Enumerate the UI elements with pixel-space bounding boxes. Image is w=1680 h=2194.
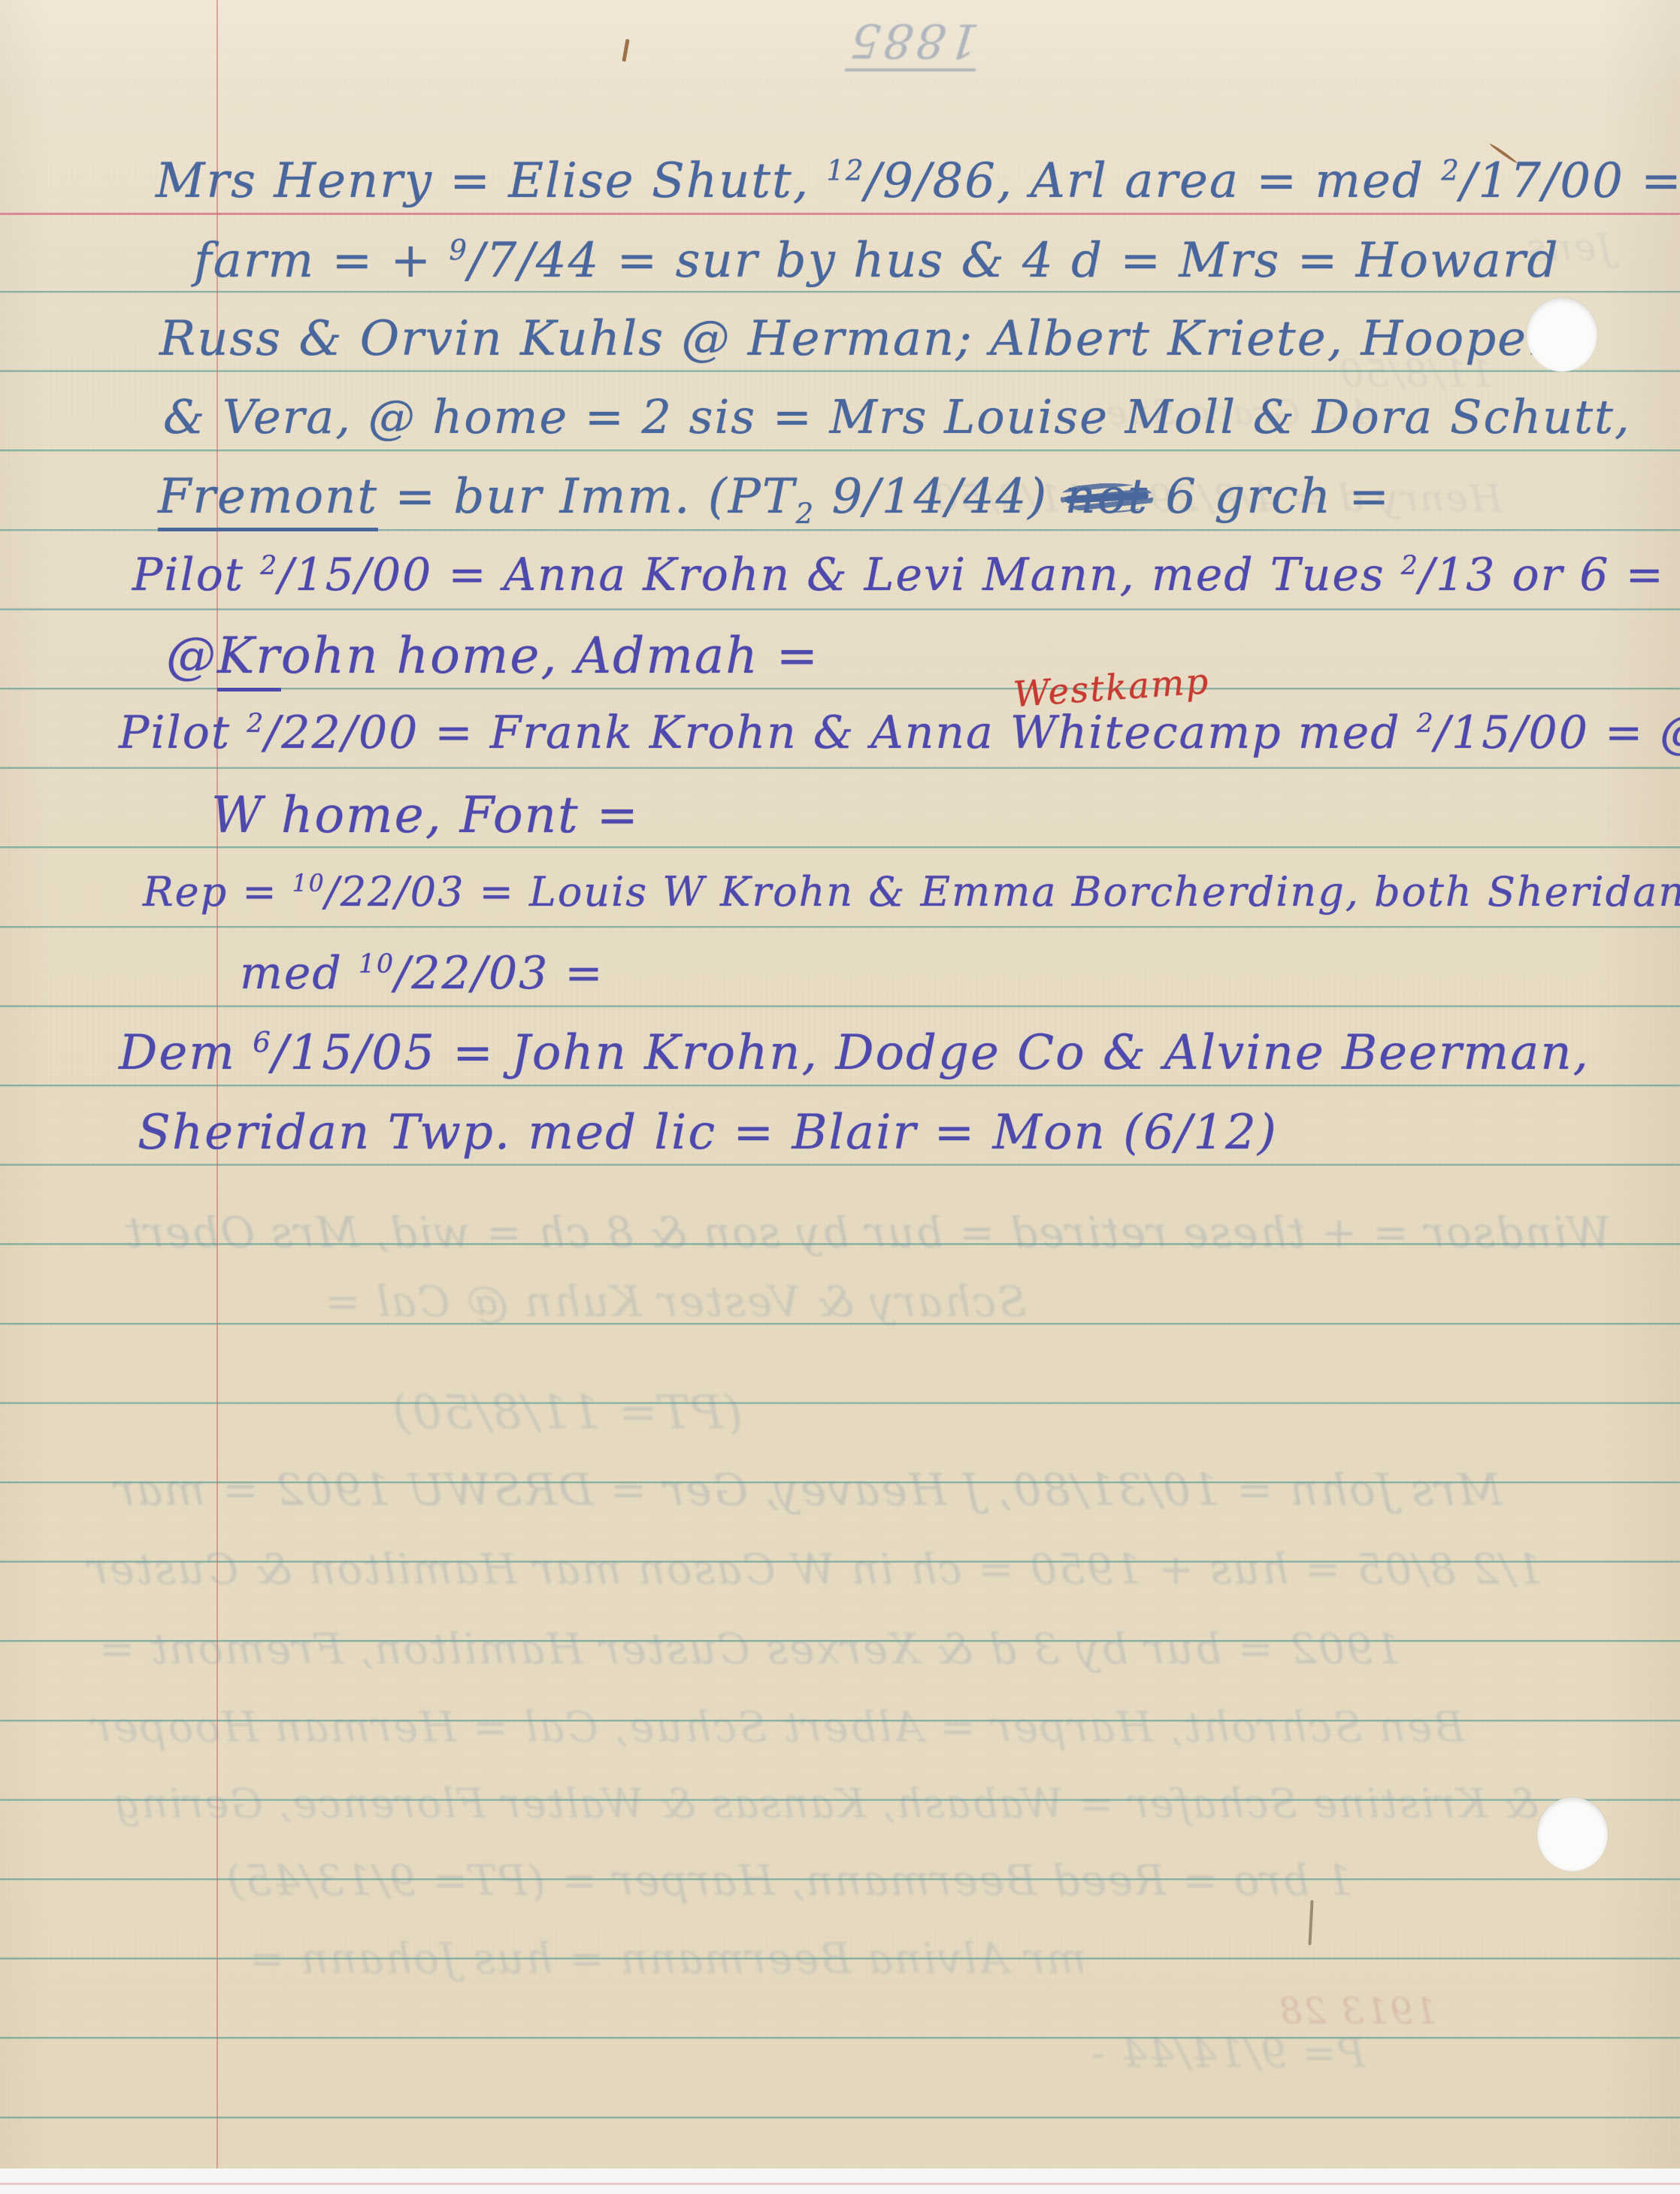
handwriting-text: med	[1282, 707, 1417, 759]
handwritten-line: med 10/22/03 =	[240, 944, 604, 1003]
handwriting-text: 2	[247, 709, 265, 739]
handwriting-text: 2	[796, 498, 816, 530]
handwriting-text: /13 or 6 =	[1419, 549, 1665, 601]
handwriting-text: med	[240, 947, 359, 1000]
handwriting-text: /15/00 = Anna Krohn & Levi Mann, med Tue…	[278, 549, 1401, 601]
handwritten-line: Russ & Orvin Kuhls @ Herman; Albert Krie…	[159, 308, 1552, 371]
handwritten-line: W home, Font =	[211, 783, 640, 848]
handwriting-text: Pilot	[119, 707, 247, 759]
corrected-word: WhitecampWestkamp	[1010, 707, 1282, 759]
handwriting-text: /9/86, Arl area = med	[865, 153, 1442, 209]
paper: 1885 Jens11/8/504/3 Grace SueHenry d = 4…	[0, 0, 1680, 2168]
handwriting-layer: Mrs Henry = Elise Shutt, 12/9/86, Arl ar…	[0, 0, 1680, 2168]
scan-background	[0, 2168, 1680, 2194]
handwriting-text: W home, Font =	[211, 786, 640, 844]
handwriting-text: 6	[253, 1027, 272, 1059]
handwriting-text: Fremont	[158, 469, 378, 531]
handwriting-text: Dem	[119, 1025, 253, 1081]
handwriting-text: @	[166, 627, 217, 685]
handwritten-line: farm = + 9/7/44 = sur by hus & 4 d = Mrs…	[194, 230, 1560, 292]
handwriting-text: 9/14/44)	[815, 469, 1064, 525]
handwritten-line: @Krohn home, Admah =	[166, 624, 819, 688]
handwritten-line: Fremont = bur Imm. (PT2 9/14/44) not 6 g…	[158, 466, 1391, 532]
handwriting-text: Mrs Henry = Elise Shutt,	[156, 153, 826, 209]
handwriting-text: Sheridan Twp. med lic = Blair = Mon (6/1…	[138, 1105, 1278, 1161]
handwriting-text: ohn home, Admah =	[281, 627, 819, 685]
handwritten-line: Pilot 2/15/00 = Anna Krohn & Levi Mann, …	[132, 546, 1665, 604]
handwriting-text: = bur Imm. (PT	[378, 469, 796, 525]
handwriting-text: 2	[1441, 155, 1461, 187]
handwriting-text: Rep =	[143, 868, 292, 915]
handwriting-text: /22/03 = Louis W Krohn & Emma Borcherdin…	[325, 868, 1680, 915]
handwritten-line: & Vera, @ home = 2 sis = Mrs Louise Moll…	[163, 387, 1631, 448]
handwriting-text: 6 grch =	[1149, 469, 1391, 525]
handwriting-text: & Vera, @ home = 2 sis = Mrs Louise Moll…	[163, 389, 1631, 444]
handwriting-text: farm = +	[194, 233, 449, 289]
handwritten-line: Dem 6/15/05 = John Krohn, Dodge Co & Alv…	[119, 1022, 1590, 1085]
handwriting-text: Kr	[217, 627, 281, 691]
handwritten-line: Rep = 10/22/03 = Louis W Krohn & Emma Bo…	[143, 866, 1680, 918]
scribbled-out-word: not	[1065, 469, 1149, 525]
handwriting-text: 9	[449, 235, 468, 267]
handwriting-text: 10	[292, 870, 325, 897]
punch-hole-bottom	[1537, 1797, 1608, 1871]
handwritten-line: Mrs Henry = Elise Shutt, 12/9/86, Arl ar…	[156, 150, 1680, 213]
handwritten-line: Sheridan Twp. med lic = Blair = Mon (6/1…	[138, 1102, 1278, 1164]
underlying-page-edge	[0, 2183, 1680, 2185]
handwriting-text: /15/00 = @	[1435, 707, 1680, 759]
handwriting-text: /22/03 =	[395, 947, 604, 1000]
handwriting-text: /22/00 = Frank Krohn & Anna	[265, 707, 1010, 759]
scanned-notebook-page: 1885 Jens11/8/504/3 Grace SueHenry d = 4…	[0, 0, 1680, 2194]
punch-hole-top	[1527, 298, 1597, 371]
handwriting-text: 2	[260, 551, 278, 581]
handwriting-text: /7/44 = sur by hus & 4 d = Mrs = Howard	[468, 233, 1559, 289]
handwriting-text: Pilot	[132, 549, 260, 601]
handwriting-text: Russ & Orvin Kuhls @ Herman; Albert Krie…	[159, 311, 1552, 367]
handwriting-text: 10	[359, 949, 395, 979]
handwriting-text: 2	[1417, 709, 1435, 739]
handwriting-text: 2	[1401, 551, 1419, 581]
handwritten-line: Pilot 2/22/00 = Frank Krohn & Anna White…	[119, 704, 1680, 762]
handwriting-text: /17/00 =	[1461, 153, 1680, 209]
handwriting-text: 12	[826, 155, 864, 187]
handwriting-text: /15/05 = John Krohn, Dodge Co & Alvine B…	[272, 1025, 1590, 1081]
